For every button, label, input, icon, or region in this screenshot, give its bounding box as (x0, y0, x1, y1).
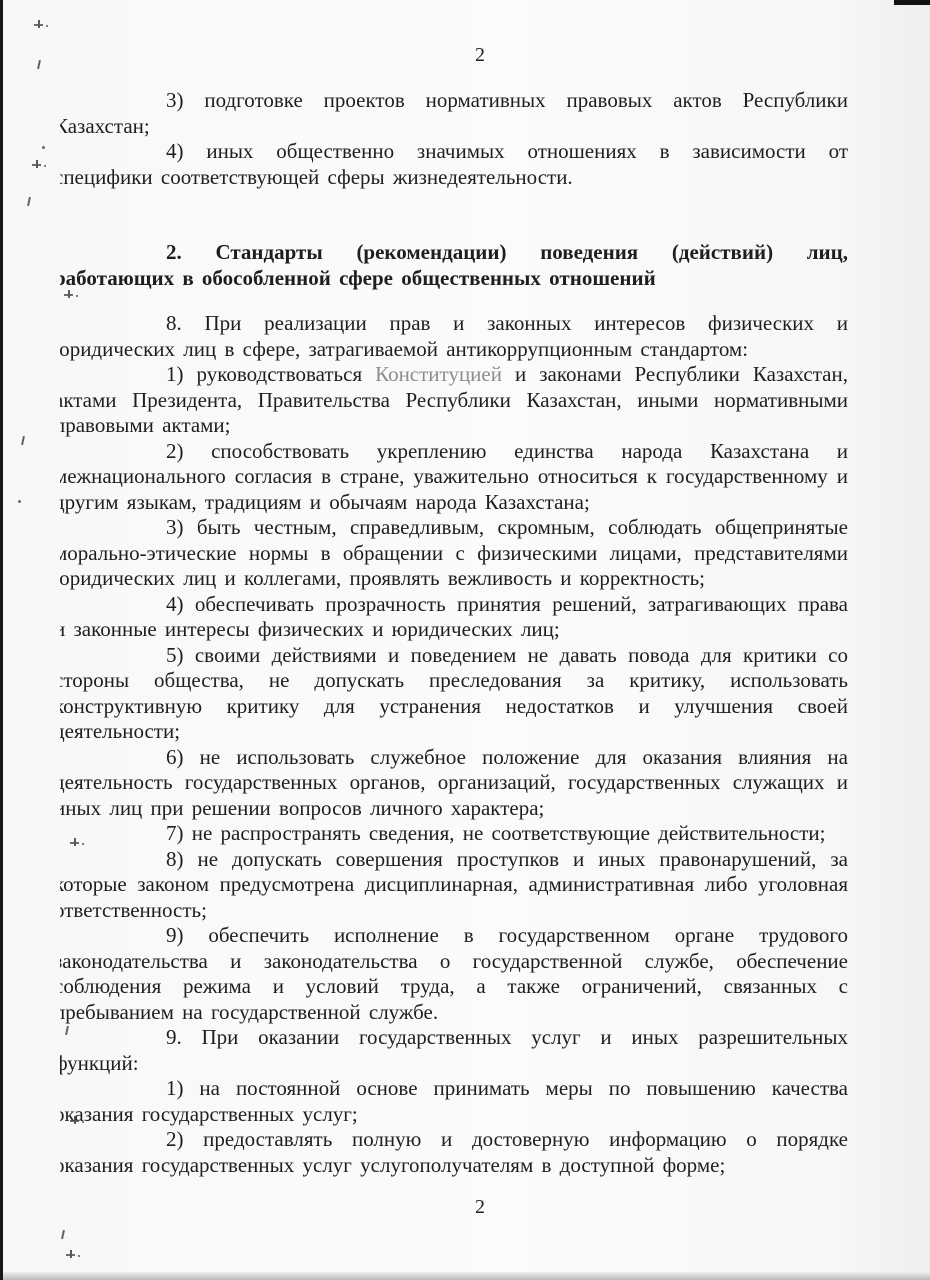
section-heading: 2. Стандарты (рекомендации) поведения (д… (54, 240, 848, 291)
text-run: 1) на постоянной основе принимать меры п… (54, 1076, 848, 1126)
document-body: 3) подготовке проектов нормативных право… (54, 88, 848, 1178)
ink-speck (42, 146, 45, 149)
ink-speck (66, 1254, 75, 1256)
ink-speck (34, 24, 43, 26)
text-run: 2. Стандарты (рекомендации) поведения (д… (54, 240, 848, 290)
paragraph: 3) быть честным, справедливым, скромным,… (54, 515, 848, 592)
text-run: 4) иных общественно значимых отношениях … (54, 139, 848, 189)
page-number-top: 2 (54, 42, 848, 68)
ink-speck (32, 164, 41, 166)
text-run: 4) обеспечивать прозрачность принятия ре… (54, 592, 848, 642)
paragraph: 9) обеспечить исполнение в государственн… (54, 923, 848, 1025)
paragraph: 8. При реализации прав и законных интере… (54, 311, 848, 362)
ink-speck (61, 1230, 65, 1239)
paragraph: 4) обеспечивать прозрачность принятия ре… (54, 592, 848, 643)
page-number-bottom: 2 (54, 1194, 848, 1220)
text-run: 6) не использовать служебное положение д… (54, 745, 848, 820)
scan-crop-overlay (3, 0, 60, 1280)
ink-speck (64, 294, 73, 296)
paragraph: 1) руководствоваться Конституцией и зако… (54, 362, 848, 439)
paragraph: 1) на постоянной основе принимать меры п… (54, 1076, 848, 1127)
paragraph: 3) подготовке проектов нормативных право… (54, 88, 848, 139)
scan-edge-bottom (0, 1272, 930, 1280)
paragraph: 5) своими действиями и поведением не дав… (54, 643, 848, 745)
text-run: 7) не распространять сведения, не соотве… (166, 821, 825, 845)
text-run: 8. При реализации прав и законных интере… (54, 311, 848, 361)
text-run: 8) не допускать совершения проступков и … (54, 847, 848, 922)
paragraph: 7) не распространять сведения, не соотве… (54, 821, 848, 847)
ink-speck (18, 500, 21, 503)
ink-speck (70, 1120, 79, 1122)
paragraph: 2) предоставлять полную и достоверную ин… (54, 1127, 848, 1178)
text-run: 3) подготовке проектов нормативных право… (54, 88, 848, 138)
scan-edge-top-right (894, 0, 930, 5)
text-run: 3) быть честным, справедливым, скромным,… (54, 515, 848, 590)
paragraph: 6) не использовать служебное положение д… (54, 745, 848, 822)
text-run: 2) предоставлять полную и достоверную ин… (54, 1127, 848, 1177)
text-run: 1) руководствоваться (166, 362, 375, 386)
text-run: 9. При оказании государственных услуг и … (54, 1025, 848, 1075)
paragraph: 4) иных общественно значимых отношениях … (54, 139, 848, 190)
reference-term: Конституцией (375, 362, 502, 386)
paragraph: 8) не допускать совершения проступков и … (54, 847, 848, 924)
scan-edge-left (0, 0, 3, 1280)
scanned-page: 2 3) подготовке проектов нормативных пра… (0, 0, 930, 1280)
paragraph: 9. При оказании государственных услуг и … (54, 1025, 848, 1076)
text-run: 2) способствовать укреплению единства на… (54, 439, 848, 514)
text-run: 9) обеспечить исполнение в государственн… (54, 923, 848, 1024)
text-run: 5) своими действиями и поведением не дав… (54, 643, 848, 744)
paragraph: 2) способствовать укреплению единства на… (54, 439, 848, 516)
ink-speck (70, 842, 79, 844)
